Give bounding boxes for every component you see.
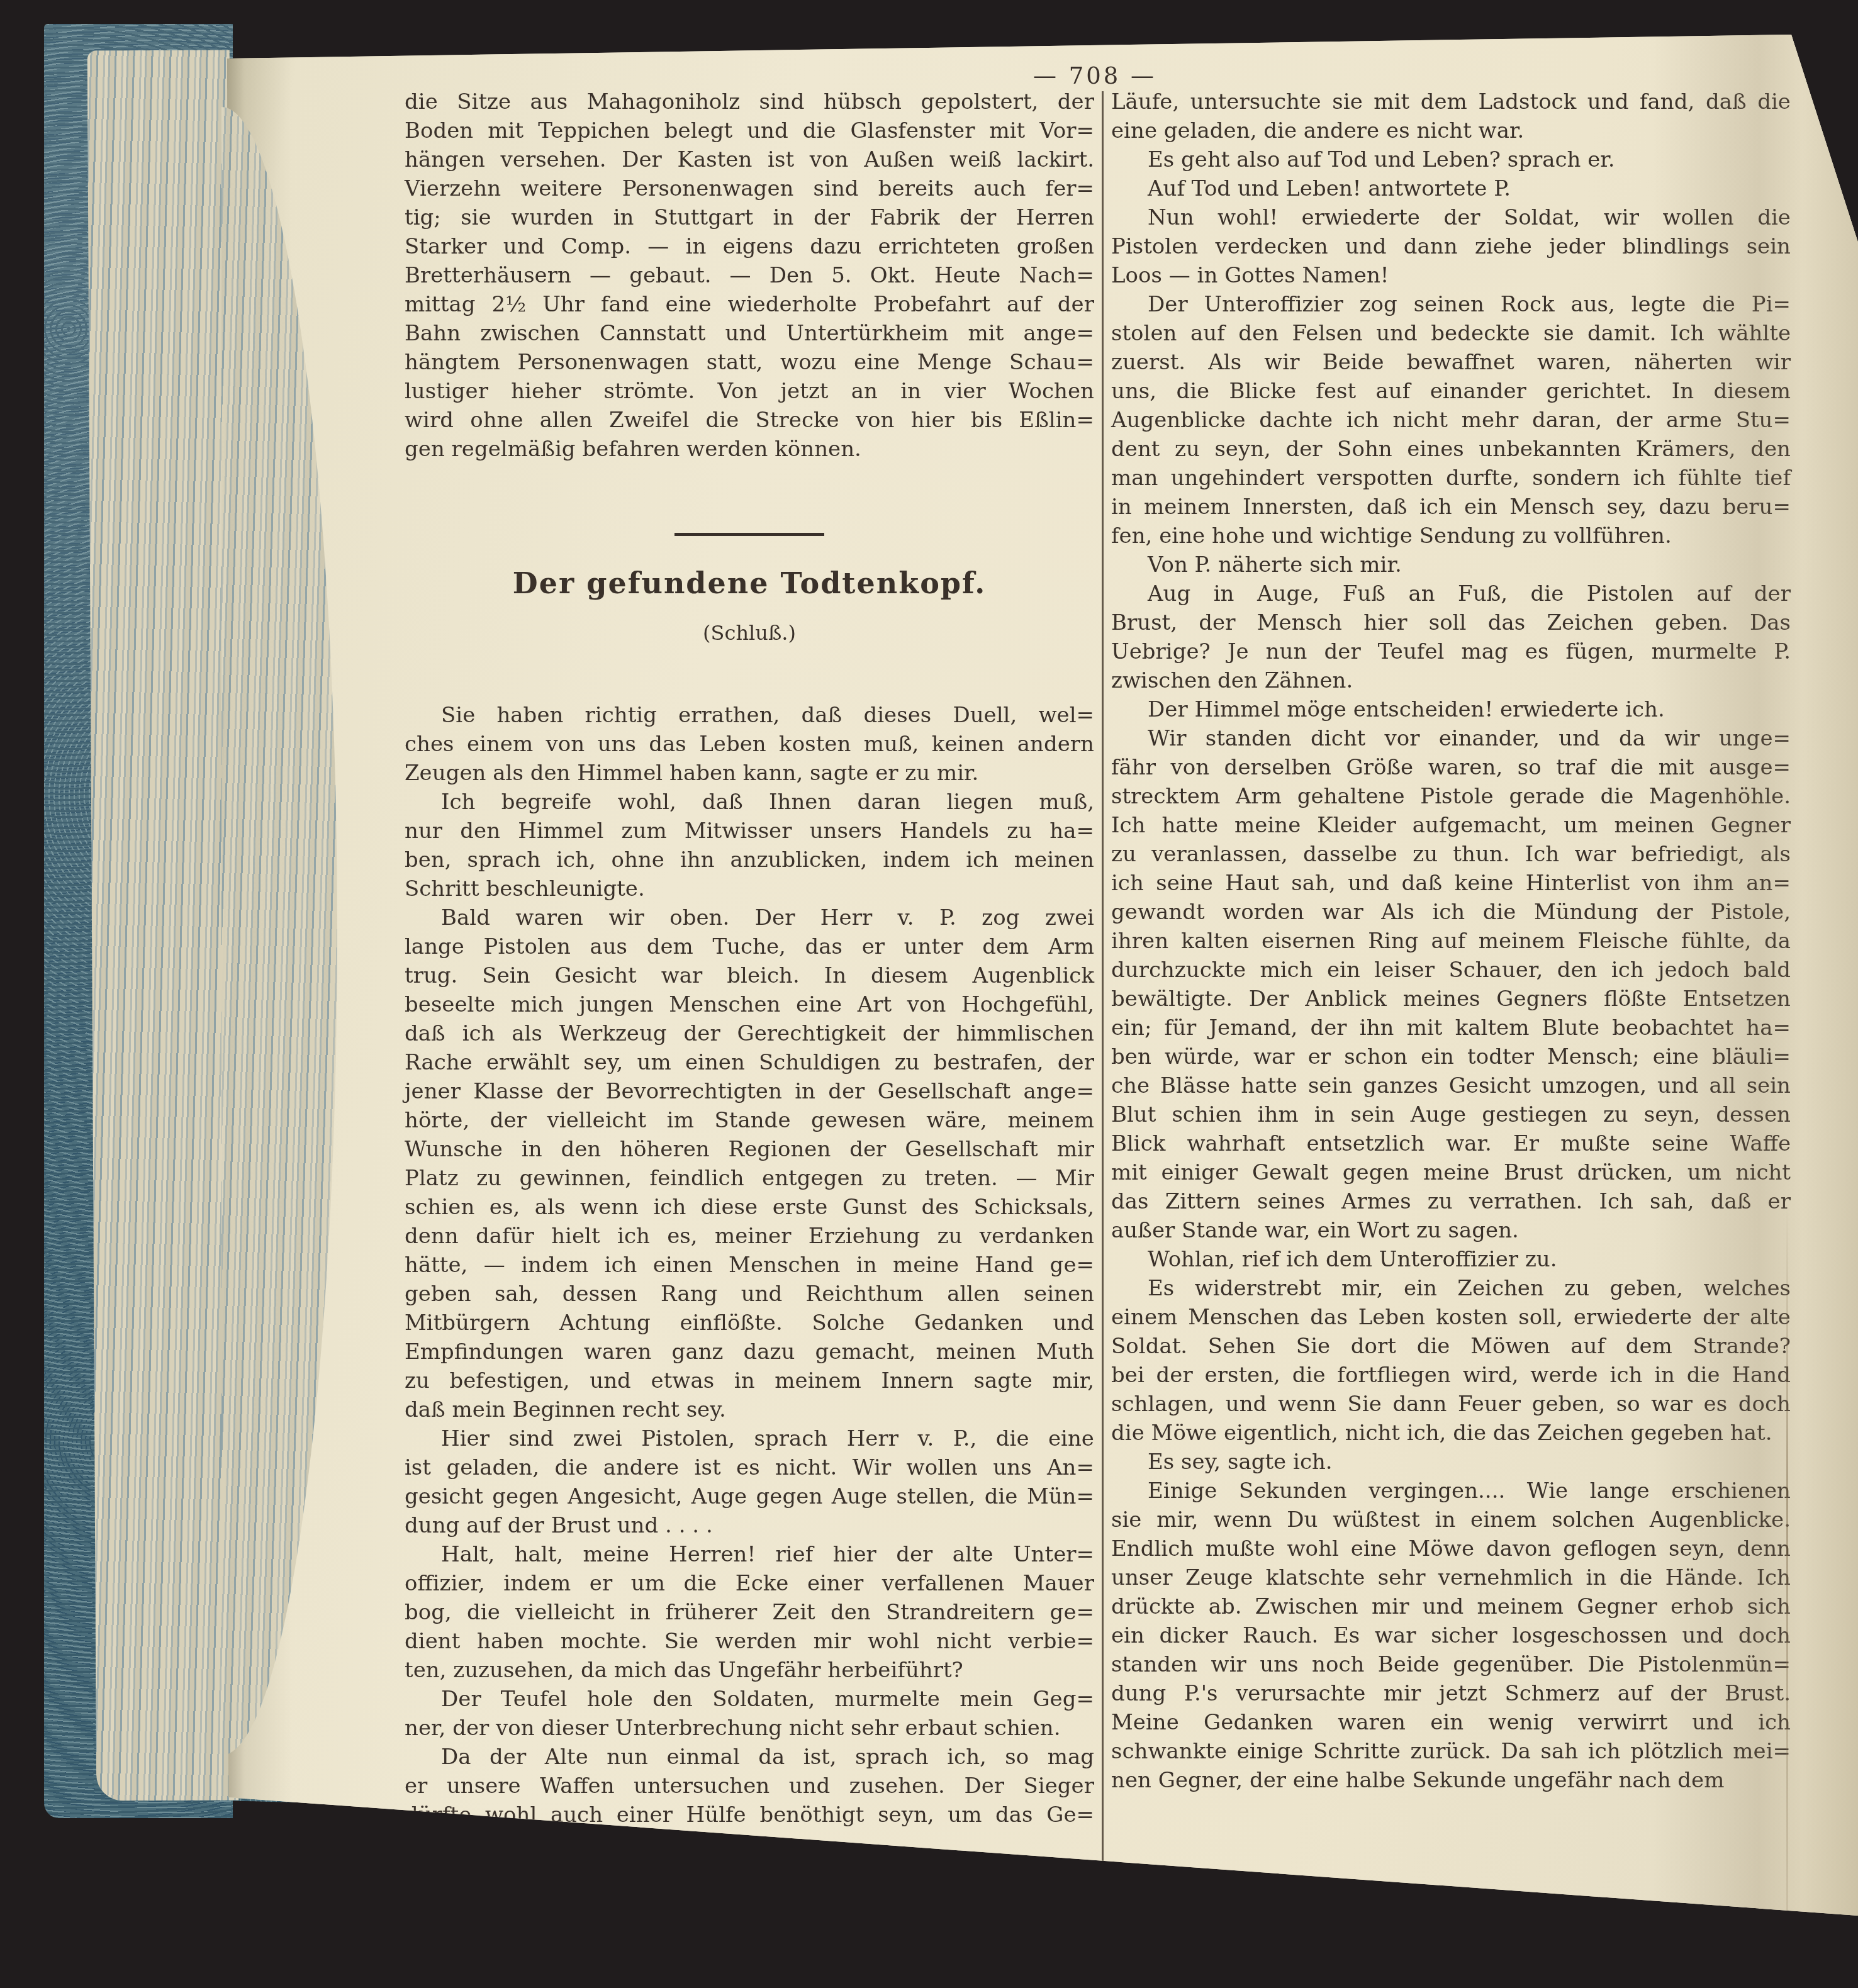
text-line: Schritt beschleunigte. [405, 874, 1094, 903]
text-line: Bretterhäusern — gebaut. — Den 5. Okt. H… [405, 261, 1094, 290]
text-line: Loos — in Gottes Namen! [1111, 261, 1791, 290]
text-line: lange Pistolen aus dem Tuche, das er unt… [405, 932, 1094, 961]
text-line: Rache erwählt sey, um einen Schuldigen z… [405, 1048, 1094, 1077]
page-number: — 708 — [223, 62, 1858, 89]
text-line: gewandt worden war Als ich die Mündung d… [1111, 898, 1791, 927]
text-line: die Sitze aus Mahagoniholz sind hübsch g… [405, 87, 1094, 116]
text-line: dürfte wohl auch einer Hülfe benöthigt s… [405, 1801, 1094, 1829]
paragraph: die Sitze aus Mahagoniholz sind hübsch g… [405, 87, 1094, 464]
paragraph: Nun wohl! erwiederte der Soldat, wir wol… [1111, 203, 1791, 290]
text-line: die Möwe eigentlich, nicht ich, die das … [1111, 1419, 1791, 1448]
text-line: ten, zuzusehen, da mich das Ungefähr her… [405, 1656, 1094, 1685]
text-line: ner, der von dieser Unterbrechung nicht … [405, 1714, 1094, 1743]
text-line: schlagen, und wenn Sie dann Feuer geben,… [1111, 1390, 1791, 1419]
text-line: Wohlan, rief ich dem Unteroffizier zu. [1111, 1245, 1791, 1274]
paragraph: Auf Tod und Leben! antwortete P. [1111, 174, 1791, 203]
text-line: Zugleich gab ich dem Unteroffizier ein Z… [405, 1858, 1094, 1887]
book-page: — 708 — die Sitze aus Mahagoniholz sind … [223, 35, 1858, 1988]
paragraph: Sie haben richtig errathen, daß dieses D… [405, 701, 1094, 788]
text-line: drückte ab. Zwischen mir und meinem Gegn… [1111, 1592, 1791, 1621]
text-line: fähr von derselben Größe waren, so traf … [1111, 753, 1791, 782]
text-line: Einige Sekunden vergingen.... Wie lange … [1111, 1477, 1791, 1505]
story-subtitle: (Schluß.) [405, 620, 1094, 645]
text-column-right: Läufe, untersuchte sie mit dem Ladstock … [1111, 87, 1791, 1916]
scanned-book-photo: — 708 — die Sitze aus Mahagoniholz sind … [0, 0, 1858, 1988]
paragraph: Wohlan, rief ich dem Unteroffizier zu. [1111, 1245, 1791, 1274]
text-line: ben, sprach ich, ohne ihn anzublicken, i… [405, 846, 1094, 874]
text-line: geben sah, dessen Rang und Reichthum all… [405, 1280, 1094, 1309]
text-line: strecktem Arm gehaltene Pistole gerade d… [1111, 782, 1791, 811]
paragraph: Ich begreife wohl, daß Ihnen daran liege… [405, 788, 1094, 903]
text-line: Platz zu gewinnen, feindlich entgegen zu… [405, 1164, 1094, 1193]
text-line: Läufe, untersuchte sie mit dem Ladstock … [1111, 87, 1791, 116]
text-line: Es sey, sagte ich. [1111, 1448, 1791, 1477]
text-line: uns, die Blicke fest auf einander gerich… [1111, 377, 1791, 406]
fanned-page-edges [87, 50, 239, 1801]
text-line: Starker und Comp. — in eigens dazu erric… [405, 232, 1094, 261]
text-line: che Blässe hatte sein ganzes Gesicht umz… [1111, 1071, 1791, 1100]
text-line: Ich begreife wohl, daß Ihnen daran liege… [405, 788, 1094, 817]
text-line: hängen versehen. Der Kasten ist von Auße… [405, 145, 1094, 174]
text-line: lustiger hieher strömte. Von jetzt an in… [405, 377, 1094, 406]
text-line: Aug in Auge, Fuß an Fuß, die Pistolen au… [1111, 579, 1791, 608]
text-line: in meinem Innersten, daß ich ein Mensch … [1111, 493, 1791, 522]
text-line: nen Gegner, der eine halbe Sekunde ungef… [1111, 1766, 1791, 1795]
text-line: Uebrige? Je nun der Teufel mag es fügen,… [1111, 637, 1791, 666]
text-line: wird ohne allen Zweifel die Strecke von … [405, 406, 1094, 435]
paragraph: Es sey, sagte ich. [1111, 1448, 1791, 1477]
text-line: Der Himmel möge entscheiden! erwiederte … [1111, 695, 1791, 724]
paragraph: Da der Alte nun einmal da ist, sprach ic… [405, 1743, 1094, 1858]
paragraph: Wir standen dicht vor einander, und da w… [1111, 724, 1791, 1245]
text-line: Boden mit Teppichen belegt und die Glasf… [405, 116, 1094, 145]
text-line: Der Unteroffizier zog seinen Rock aus, l… [1111, 290, 1791, 319]
text-line: mittag 2½ Uhr fand eine wiederholte Prob… [405, 290, 1094, 319]
text-line: offizier, indem er um die Ecke einer ver… [405, 1569, 1094, 1598]
text-line: Meine Gedanken waren ein wenig verwirrt … [1111, 1708, 1791, 1737]
text-line: Bahn zwischen Cannstatt und Untertürkhei… [405, 319, 1094, 348]
text-line: bei der ersten, die fortfliegen wird, we… [1111, 1361, 1791, 1390]
text-line: Blick wahrhaft entsetzlich war. Er mußte… [1111, 1129, 1791, 1158]
text-line: eine geladen, die andere es nicht war. [1111, 116, 1791, 145]
text-line: hörte, der vielleicht im Stande gewesen … [405, 1106, 1094, 1135]
text-line: ihren kalten eisernen Ring auf meinem Fl… [1111, 927, 1791, 956]
text-line: unser Zeuge klatschte sehr vernehmlich i… [1111, 1563, 1791, 1592]
text-line: Vierzehn weitere Personenwagen sind bere… [405, 174, 1094, 203]
text-line: Mitbürgern Achtung einflößte. Solche Ged… [405, 1309, 1094, 1337]
text-line: fen, eine hohe und wichtige Sendung zu v… [1111, 522, 1791, 550]
text-line: daß mein Beginnen recht sey. [405, 1395, 1094, 1424]
column-divider [1102, 91, 1104, 1891]
text-line: sie mir, wenn Du wüßtest in einem solche… [1111, 1505, 1791, 1534]
text-line: gen regelmäßig befahren werden können. [405, 435, 1094, 464]
text-line: ben würde, war er schon ein todter Mensc… [1111, 1042, 1791, 1071]
text-line: er unsere Waffen untersuchen und zusehen… [405, 1772, 1094, 1801]
text-line: hängtem Personenwagen statt, wozu eine M… [405, 348, 1094, 377]
text-line: ches einem von uns das Leben kosten muß,… [405, 730, 1094, 759]
text-line: außer Stande war, ein Wort zu sagen. [1111, 1216, 1791, 1245]
text-line: Zeugen als den Himmel haben kann, sagte … [405, 759, 1094, 788]
text-line: Es widerstrebt mir, ein Zeichen zu geben… [1111, 1274, 1791, 1303]
text-line: ein dicker Rauch. Es war sicher losgesch… [1111, 1621, 1791, 1650]
text-line: trug. Sein Gesicht war bleich. In diesem… [405, 961, 1094, 990]
paragraph: Es geht also auf Tod und Leben? sprach e… [1111, 145, 1791, 174]
text-line: schwankte einige Schritte zurück. Da sah… [1111, 1737, 1791, 1766]
text-line: standen wir uns noch Beide gegenüber. Di… [1111, 1650, 1791, 1679]
text-line: denn dafür hielt ich es, meiner Erziehun… [405, 1222, 1094, 1251]
text-line: zu befestigen, und etwas in meinem Inner… [405, 1366, 1094, 1395]
text-line: Auf Tod und Leben! antwortete P. [1111, 174, 1791, 203]
text-line: tig; sie wurden in Stuttgart in der Fabr… [405, 203, 1094, 232]
text-line: bewältigte. Der Anblick meines Gegners f… [1111, 985, 1791, 1014]
text-line: Bald waren wir oben. Der Herr v. P. zog … [405, 903, 1094, 932]
text-line: dung P.'s verursachte mir jetzt Schmerz … [1111, 1679, 1791, 1708]
text-line: Wir standen dicht vor einander, und da w… [1111, 724, 1791, 753]
text-line: dung auf der Brust und . . . . [405, 1511, 1094, 1540]
text-line: Ich hatte meine Kleider aufgemacht, um m… [1111, 811, 1791, 840]
text-line: mit einiger Gewalt gegen meine Brust drü… [1111, 1158, 1791, 1187]
text-line: stolen auf den Felsen und bedeckte sie d… [1111, 319, 1791, 348]
paragraph: Der Himmel möge entscheiden! erwiederte … [1111, 695, 1791, 724]
paragraph: Der Teufel hole den Soldaten, murmelte m… [405, 1685, 1094, 1743]
paragraph: Von P. näherte sich mir. [1111, 550, 1791, 579]
text-line: Wunsche in den höheren Regionen der Gese… [405, 1135, 1094, 1164]
text-line: er unsere Pistolen untersuchen möchte. E… [405, 1887, 1094, 1916]
text-line: das Zittern seines Armes zu verrathen. I… [1111, 1187, 1791, 1216]
paragraph: Der Unteroffizier zog seinen Rock aus, l… [1111, 290, 1791, 550]
text-line: Halt, halt, meine Herren! rief hier der … [405, 1540, 1094, 1569]
paragraph: Bald waren wir oben. Der Herr v. P. zog … [405, 903, 1094, 1424]
section-rule [674, 533, 824, 536]
paragraph: Es widerstrebt mir, ein Zeichen zu geben… [1111, 1274, 1791, 1448]
text-line: bog, die vielleicht in früherer Zeit den… [405, 1598, 1094, 1627]
text-line: Hier sind zwei Pistolen, sprach Herr v. … [405, 1424, 1094, 1453]
text-line: Empfindungen waren ganz dazu gemacht, me… [405, 1337, 1094, 1366]
paragraph: Läufe, untersuchte sie mit dem Ladstock … [1111, 87, 1791, 145]
text-line: Es geht also auf Tod und Leben? sprach e… [1111, 145, 1791, 174]
text-line: zu veranlassen, dasselbe zu thun. Ich wa… [1111, 840, 1791, 869]
text-line: gesicht gegen Angesicht, Auge gegen Auge… [405, 1482, 1094, 1511]
text-line: ist geladen, die andere ist es nicht. Wi… [405, 1453, 1094, 1482]
text-line: man ungehindert verspotten durfte, sonde… [1111, 464, 1791, 493]
text-line: Nun wohl! erwiederte der Soldat, wir wol… [1111, 203, 1791, 232]
text-line: dient haben mochte. Sie werden mir wohl … [405, 1627, 1094, 1656]
text-line: Brust, der Mensch hier soll das Zeichen … [1111, 608, 1791, 637]
paragraph: Halt, halt, meine Herren! rief hier der … [405, 1540, 1094, 1685]
text-line: durchzuckte mich ein leiser Schauer, den… [1111, 956, 1791, 985]
text-line: Der Teufel hole den Soldaten, murmelte m… [405, 1685, 1094, 1714]
text-line: Blut schien ihm in sein Auge gestiegen z… [1111, 1100, 1791, 1129]
story-title: Der gefundene Todtenkopf. [405, 566, 1094, 600]
text-line: ich seine Haut sah, und daß keine Hinter… [1111, 869, 1791, 898]
text-line: Soldat. Sehen Sie dort die Möwen auf dem… [1111, 1332, 1791, 1361]
text-line: Augenblicke dachte ich nicht mehr daran,… [1111, 406, 1791, 435]
paragraph: Hier sind zwei Pistolen, sprach Herr v. … [405, 1424, 1094, 1540]
text-line: dent zu seyn, der Sohn eines unbekannten… [1111, 435, 1791, 464]
paragraph: Einige Sekunden vergingen.... Wie lange … [1111, 1477, 1791, 1795]
text-line: einem Menschen das Leben kosten soll, er… [1111, 1303, 1791, 1332]
text-line: jener Klasse der Bevorrechtigten in der … [405, 1077, 1094, 1106]
text-line: Von P. näherte sich mir. [1111, 550, 1791, 579]
paragraph: Zugleich gab ich dem Unteroffizier ein Z… [405, 1858, 1094, 1916]
text-line: Endlich mußte wohl eine Möwe davon geflo… [1111, 1534, 1791, 1563]
text-line: zwischen den Zähnen. [1111, 666, 1791, 695]
paragraph: Aug in Auge, Fuß an Fuß, die Pistolen au… [1111, 579, 1791, 695]
text-line: hätte, — indem ich einen Menschen in mei… [405, 1251, 1094, 1280]
text-line: Sie haben richtig errathen, daß dieses D… [405, 701, 1094, 730]
text-line: Pistolen verdecken und dann ziehe jeder … [1111, 232, 1791, 261]
text-line: daß ich als Werkzeug der Gerechtigkeit d… [405, 1019, 1094, 1048]
text-line: schien es, als wenn ich diese erste Guns… [405, 1193, 1094, 1222]
text-line: ein; für Jemand, der ihn mit kaltem Blut… [1111, 1014, 1791, 1042]
text-line: zuerst. Als wir Beide bewaffnet waren, n… [1111, 348, 1791, 377]
text-line: nur den Himmel zum Mitwisser unsers Hand… [405, 817, 1094, 846]
text-columns: die Sitze aus Mahagoniholz sind hübsch g… [405, 87, 1791, 1916]
text-line: Da der Alte nun einmal da ist, sprach ic… [405, 1743, 1094, 1772]
text-line: heimniß seines Sieges zu sichern. [405, 1829, 1094, 1858]
text-column-left: die Sitze aus Mahagoniholz sind hübsch g… [405, 87, 1094, 1916]
text-line: beseelte mich jungen Menschen eine Art v… [405, 990, 1094, 1019]
